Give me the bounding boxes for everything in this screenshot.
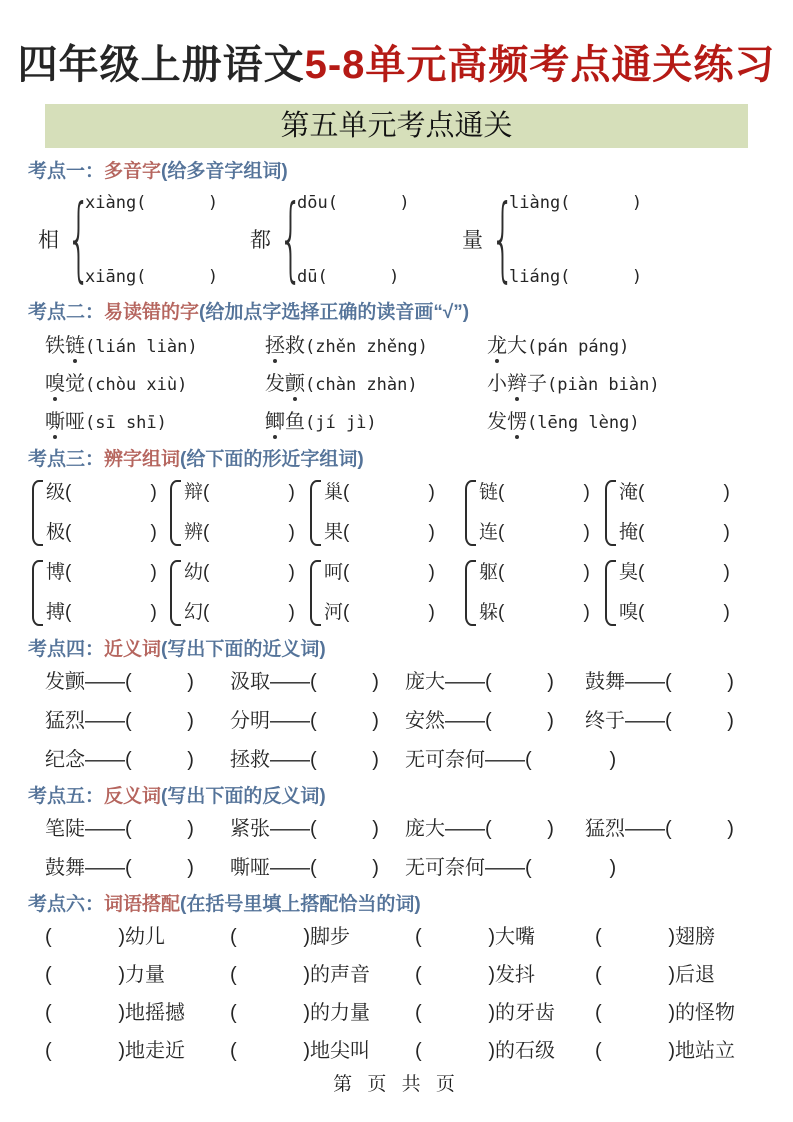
char-pair: 淹( )掩( ) [605, 480, 793, 546]
answer-blank: ( ) [203, 522, 295, 543]
pair-char: 河 [324, 602, 343, 623]
section3-label: 考点三： [28, 449, 104, 470]
antonyms-grid: 笔陡——( ) 紧张——( ) 庞大——( ) 猛烈——( ) 鼓舞——( ) … [0, 816, 793, 881]
answer-blank: ( ) [498, 602, 590, 623]
dotted-char: 愣 [507, 410, 527, 435]
section5-topic: 反义词 [104, 786, 161, 807]
answer-blank: ( ) [595, 1040, 675, 1062]
section2-label: 考点二： [28, 302, 104, 323]
answer-blank: ( ) [65, 562, 157, 583]
answer-blank: ( ) [638, 562, 730, 583]
section1-topic: 多音字 [104, 161, 161, 182]
section4-note: (写出下面的近义词) [161, 639, 326, 660]
antonym-item: 庞大——( ) [405, 816, 585, 842]
pair-bracket-icon [170, 480, 181, 546]
section6-label: 考点六： [28, 894, 104, 915]
word: 发颤 [45, 671, 85, 693]
answer-blank: ( ) [230, 1040, 310, 1062]
collocation-grid: ( )幼儿 ( )脚步 ( )大嘴 ( )翅膀 ( )力量 ( )的声音 ( )… [0, 924, 793, 1064]
pair-bracket-icon [32, 480, 43, 546]
word-item: 嘶哑(sī shī) [45, 410, 265, 436]
answer-blank: ( ) [45, 926, 125, 948]
polyphone-group-dou: 都 dōu( ) dū( ) [250, 192, 462, 287]
dotted-char: 辫 [507, 372, 527, 397]
collocation-item: ( )的石级 [415, 1038, 595, 1064]
pair-char: 连 [479, 522, 498, 543]
word-item: 拯救(zhěn zhěng) [265, 334, 487, 360]
pair-char: 链 [479, 482, 498, 503]
word-part: 觉 [65, 373, 85, 395]
word: 的怪物 [675, 1002, 735, 1024]
word-part: 铁 [45, 335, 65, 357]
word-part: 小 [487, 373, 507, 395]
antonym-item: 猛烈——( ) [585, 816, 793, 842]
section1-header: 考点一：多音字(给多音字组词) [28, 160, 793, 183]
polyphone-row: 相 xiàng( ) xiāng( ) 都 dōu( ) dū( ) 量 lià… [0, 189, 793, 289]
word-item: 小辫子(piàn biàn) [487, 372, 793, 398]
word: 的声音 [310, 964, 370, 986]
pair-bracket-icon [465, 480, 476, 546]
answer-blank: ——( ) [625, 710, 734, 732]
section6-topic: 词语搭配 [104, 894, 180, 915]
polyphone-char: 都 [250, 224, 271, 254]
synonym-item: 庞大——( ) [405, 669, 585, 695]
answer-blank: ——( ) [445, 818, 554, 840]
section5-header: 考点五：反义词(写出下面的反义词) [28, 785, 793, 808]
answer-blank: ——( ) [85, 671, 194, 693]
collocation-item: ( )幼儿 [45, 924, 230, 950]
word-part: 大 [507, 335, 527, 357]
synonym-item: 终于——( ) [585, 708, 793, 734]
answer-blank: ——( ) [85, 710, 194, 732]
answer-blank: ( ) [415, 964, 495, 986]
pinyin-options: (lián liàn) [85, 337, 198, 357]
section4-topic: 近义词 [104, 639, 161, 660]
word: 安然 [405, 710, 445, 732]
answer-blank: ( ) [638, 522, 730, 543]
pinyin-options: (pán páng) [527, 337, 629, 357]
answer-blank: ——( ) [270, 818, 379, 840]
pinyin-blank: xiāng( ) [85, 267, 218, 287]
word-item: 发颤(chàn zhàn) [265, 372, 487, 398]
answer-blank: ——( ) [85, 818, 194, 840]
char-pair: 巢( )果( ) [310, 480, 465, 546]
answer-blank: ——( ) [270, 710, 379, 732]
answer-blank: ——( ) [270, 857, 379, 879]
collocation-item: ( )的力量 [230, 1000, 415, 1026]
synonym-item: 安然——( ) [405, 708, 585, 734]
section5-note: (写出下面的反义词) [161, 786, 326, 807]
answer-blank: ( ) [45, 964, 125, 986]
synonym-item: 汲取——( ) [230, 669, 405, 695]
word: 庞大 [405, 671, 445, 693]
dotted-char: 嘶 [45, 410, 65, 435]
word: 庞大 [405, 818, 445, 840]
char-pair: 躯( )躲( ) [465, 560, 605, 626]
answer-blank: ( ) [65, 482, 157, 503]
polyphone-lines: dōu( ) dū( ) [297, 192, 410, 287]
word-part: 鱼 [285, 411, 305, 433]
dotted-char: 嗅 [45, 372, 65, 397]
collocation-item: ( )的牙齿 [415, 1000, 595, 1026]
answer-blank: ( ) [343, 522, 435, 543]
word: 嘶哑 [230, 857, 270, 879]
char-pair: 博( )搏( ) [32, 560, 170, 626]
page-footer: 第 页 共 页 [0, 1069, 793, 1096]
char-pair: 辩( )辨( ) [170, 480, 310, 546]
similar-chars-row: 博( )搏( ) 幼( )幻( ) 呵( )河( ) 躯( )躲( ) 臭( )… [0, 560, 793, 626]
word: 地尖叫 [310, 1040, 370, 1062]
answer-blank: ( ) [45, 1002, 125, 1024]
word: 纪念 [45, 749, 85, 771]
pair-char: 幼 [184, 562, 203, 583]
pair-bracket-icon [465, 560, 476, 626]
word-item: 鲫鱼(jí jì) [265, 410, 487, 436]
pinyin-options: (jí jì) [305, 413, 377, 433]
answer-blank: ( ) [498, 562, 590, 583]
word: 分明 [230, 710, 270, 732]
answer-blank: ( ) [595, 964, 675, 986]
antonym-item: 无可奈何——( ) [405, 855, 793, 881]
word: 的牙齿 [495, 1002, 555, 1024]
pair-char: 辨 [184, 522, 203, 543]
section3-note: (给下面的形近字组词) [180, 449, 364, 470]
answer-blank: ( ) [230, 964, 310, 986]
pair-char: 辩 [184, 482, 203, 503]
answer-blank: ( ) [638, 602, 730, 623]
collocation-item: ( )翅膀 [595, 924, 793, 950]
answer-blank: ( ) [203, 482, 295, 503]
word-item: 发愣(lēng lèng) [487, 410, 793, 436]
curly-brace-icon [279, 193, 290, 285]
page-title: 四年级上册语文5-8单元高频考点通关练习 [0, 33, 793, 90]
pair-bracket-icon [310, 480, 321, 546]
pinyin-blank: xiàng( ) [85, 193, 218, 213]
answer-blank: ( ) [230, 1002, 310, 1024]
antonym-item: 嘶哑——( ) [230, 855, 405, 881]
pair-bracket-icon [605, 480, 616, 546]
word-item: 龙大(pán páng) [487, 334, 793, 360]
pair-char: 搏 [46, 602, 65, 623]
dotted-char: 颤 [285, 372, 305, 397]
word: 幼儿 [125, 926, 165, 948]
similar-chars-row: 级( )极( ) 辩( )辨( ) 巢( )果( ) 链( )连( ) 淹( )… [0, 480, 793, 546]
section6-note: (在括号里填上搭配恰当的词) [180, 894, 421, 915]
polyphone-char: 相 [38, 224, 59, 254]
char-pair: 链( )连( ) [465, 480, 605, 546]
collocation-item: ( )后退 [595, 962, 793, 988]
pair-char: 呵 [324, 562, 343, 583]
polyphone-group-xiang: 相 xiàng( ) xiāng( ) [38, 192, 250, 287]
word: 的力量 [310, 1002, 370, 1024]
section1-label: 考点一： [28, 161, 104, 182]
pair-char: 博 [46, 562, 65, 583]
word: 力量 [125, 964, 165, 986]
answer-blank: ——( ) [445, 671, 554, 693]
section5-label: 考点五： [28, 786, 104, 807]
word-part: 发 [487, 411, 507, 433]
word: 地站立 [675, 1040, 735, 1062]
pair-bracket-icon [310, 560, 321, 626]
pair-char: 幻 [184, 602, 203, 623]
section4-header: 考点四：近义词(写出下面的近义词) [28, 638, 793, 661]
pinyin-blank: dōu( ) [297, 193, 410, 213]
dotted-char: 龙 [487, 334, 507, 359]
pair-char: 躲 [479, 602, 498, 623]
section6-header: 考点六：词语搭配(在括号里填上搭配恰当的词) [28, 893, 793, 916]
dotted-char: 鲫 [265, 410, 285, 435]
curly-brace-icon [67, 193, 78, 285]
misread-words-grid: 铁链(lián liàn) 拯救(zhěn zhěng) 龙大(pán páng… [0, 334, 793, 436]
pinyin-blank: dū( ) [297, 267, 410, 287]
answer-blank: ( ) [595, 1002, 675, 1024]
section2-header: 考点二：易读错的字(给加点字选择正确的读音画“√”) [28, 301, 793, 324]
word: 地走近 [125, 1040, 185, 1062]
answer-blank: ——( ) [485, 857, 616, 879]
pinyin-blank: liáng( ) [509, 267, 642, 287]
pair-char: 淹 [619, 482, 638, 503]
pair-char: 臭 [619, 562, 638, 583]
title-red-part: 5-8单元高频考点通关练习 [305, 43, 776, 87]
collocation-item: ( )地尖叫 [230, 1038, 415, 1064]
word: 大嘴 [495, 926, 535, 948]
antonym-item: 紧张——( ) [230, 816, 405, 842]
answer-blank: ( ) [498, 522, 590, 543]
answer-blank: ( ) [65, 522, 157, 543]
synonym-item: 拯救——( ) [230, 747, 405, 773]
answer-blank: ( ) [638, 482, 730, 503]
word: 鼓舞 [45, 857, 85, 879]
section3-header: 考点三：辨字组词(给下面的形近字组词) [28, 448, 793, 471]
word: 拯救 [230, 749, 270, 771]
word: 汲取 [230, 671, 270, 693]
word-part: 救 [285, 335, 305, 357]
polyphone-group-liang: 量 liàng( ) liáng( ) [462, 192, 674, 287]
pinyin-options: (chòu xiù) [85, 375, 187, 395]
word: 猛烈 [585, 818, 625, 840]
word: 的石级 [495, 1040, 555, 1062]
answer-blank: ( ) [230, 926, 310, 948]
pinyin-options: (chàn zhàn) [305, 375, 418, 395]
word-part: 哑 [65, 411, 85, 433]
answer-blank: ( ) [203, 562, 295, 583]
title-black-part: 四年级上册语文 [18, 43, 305, 87]
polyphone-char: 量 [462, 224, 483, 254]
pair-char: 躯 [479, 562, 498, 583]
answer-blank: ( ) [415, 1002, 495, 1024]
pair-char: 果 [324, 522, 343, 543]
collocation-item: ( )力量 [45, 962, 230, 988]
dotted-char: 拯 [265, 334, 285, 359]
synonym-item: 分明——( ) [230, 708, 405, 734]
word-item: 嗅觉(chòu xiù) [45, 372, 265, 398]
collocation-item: ( )地摇撼 [45, 1000, 230, 1026]
synonym-item: 猛烈——( ) [45, 708, 230, 734]
synonym-item: 发颤——( ) [45, 669, 230, 695]
synonym-item: 纪念——( ) [45, 747, 230, 773]
polyphone-lines: liàng( ) liáng( ) [509, 192, 642, 287]
answer-blank: ( ) [65, 602, 157, 623]
word: 笔陡 [45, 818, 85, 840]
collocation-item: ( )地站立 [595, 1038, 793, 1064]
pair-bracket-icon [170, 560, 181, 626]
dotted-char: 链 [65, 334, 85, 359]
answer-blank: ——( ) [625, 671, 734, 693]
pinyin-options: (sī shī) [85, 413, 167, 433]
answer-blank: ( ) [415, 926, 495, 948]
answer-blank: ——( ) [270, 671, 379, 693]
answer-blank: ( ) [498, 482, 590, 503]
section2-note: (给加点字选择正确的读音画“√”) [199, 302, 469, 323]
answer-blank: ——( ) [270, 749, 379, 771]
polyphone-lines: xiàng( ) xiāng( ) [85, 192, 218, 287]
collocation-item: ( )脚步 [230, 924, 415, 950]
answer-blank: ( ) [343, 562, 435, 583]
section4-label: 考点四： [28, 639, 104, 660]
pair-bracket-icon [605, 560, 616, 626]
answer-blank: ——( ) [85, 749, 194, 771]
pair-char: 掩 [619, 522, 638, 543]
answer-blank: ——( ) [445, 710, 554, 732]
char-pair: 幼( )幻( ) [170, 560, 310, 626]
curly-brace-icon [491, 193, 502, 285]
word-item: 铁链(lián liàn) [45, 334, 265, 360]
word: 无可奈何 [405, 857, 485, 879]
pinyin-options: (lēng lèng) [527, 413, 640, 433]
word: 终于 [585, 710, 625, 732]
pair-char: 极 [46, 522, 65, 543]
collocation-item: ( )的声音 [230, 962, 415, 988]
word: 后退 [675, 964, 715, 986]
section3-topic: 辨字组词 [104, 449, 180, 470]
answer-blank: ( ) [415, 1040, 495, 1062]
section2-topic: 易读错的字 [104, 302, 199, 323]
answer-blank: ( ) [343, 602, 435, 623]
word: 鼓舞 [585, 671, 625, 693]
answer-blank: ( ) [203, 602, 295, 623]
pair-bracket-icon [32, 560, 43, 626]
answer-blank: ( ) [343, 482, 435, 503]
word: 地摇撼 [125, 1002, 185, 1024]
collocation-item: ( )地走近 [45, 1038, 230, 1064]
word: 紧张 [230, 818, 270, 840]
pair-char: 嗅 [619, 602, 638, 623]
word: 翅膀 [675, 926, 715, 948]
collocation-item: ( )的怪物 [595, 1000, 793, 1026]
answer-blank: ( ) [595, 926, 675, 948]
answer-blank: ( ) [45, 1040, 125, 1062]
collocation-item: ( )大嘴 [415, 924, 595, 950]
char-pair: 级( )极( ) [32, 480, 170, 546]
antonym-item: 鼓舞——( ) [45, 855, 230, 881]
word: 猛烈 [45, 710, 85, 732]
word: 无可奈何 [405, 749, 485, 771]
answer-blank: ——( ) [485, 749, 616, 771]
pinyin-blank: liàng( ) [509, 193, 642, 213]
synonym-item: 鼓舞——( ) [585, 669, 793, 695]
word: 发抖 [495, 964, 535, 986]
answer-blank: ——( ) [85, 857, 194, 879]
unit-banner: 第五单元考点通关 [45, 104, 748, 148]
pair-char: 级 [46, 482, 65, 503]
word-part: 发 [265, 373, 285, 395]
pinyin-options: (zhěn zhěng) [305, 337, 428, 357]
antonym-item: 笔陡——( ) [45, 816, 230, 842]
answer-blank: ——( ) [625, 818, 734, 840]
synonyms-grid: 发颤——( ) 汲取——( ) 庞大——( ) 鼓舞——( ) 猛烈——( ) … [0, 669, 793, 773]
synonym-item: 无可奈何——( ) [405, 747, 793, 773]
pair-char: 巢 [324, 482, 343, 503]
word: 脚步 [310, 926, 350, 948]
char-pair: 呵( )河( ) [310, 560, 465, 626]
section1-note: (给多音字组词) [161, 161, 288, 182]
char-pair: 臭( )嗅( ) [605, 560, 793, 626]
word-part: 子 [527, 373, 547, 395]
pinyin-options: (piàn biàn) [547, 375, 660, 395]
collocation-item: ( )发抖 [415, 962, 595, 988]
